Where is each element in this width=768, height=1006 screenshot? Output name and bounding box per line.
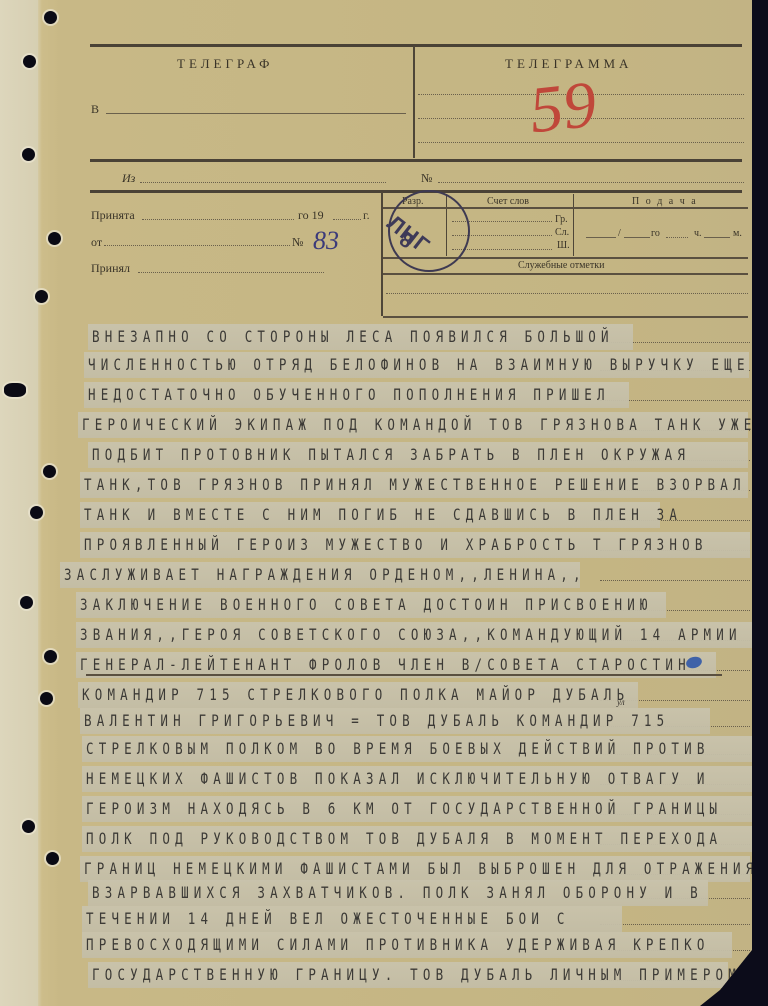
binder-hole [44,11,57,24]
binder-hole [44,650,57,663]
telegram-text-line: ПРЕВОСХОДЯЩИМИ СИЛАМИ ПРОТИВНИКА УДЕРЖИВ… [86,935,710,954]
binder-hole [20,596,33,609]
submission-go: го [651,228,660,239]
header-telegraph: ТЕЛЕГРАФ [177,56,273,72]
to-label: В [91,102,99,117]
handwritten-number: 83 [313,226,339,256]
telegram-text-line: ЗВАНИЯ,,ГЕРОЯ СОВЕТСКОГО СОЮЗА,,КОМАНДУЮ… [80,625,742,644]
received-by-label: Принял [91,261,130,276]
service-notes-line [386,293,748,294]
binder-hole [46,852,59,865]
telegram-text-line: ГЕРОИЧЕСКИЙ ЭКИПАЖ ПОД КОМАНДОЙ ТОВ ГРЯЗ… [82,415,756,434]
number-label: № [421,171,432,186]
submission-line [624,237,650,238]
submission-line [704,237,730,238]
binder-hole [48,232,61,245]
accepted-field-line [142,219,294,220]
body-dotted-line [600,580,750,581]
telegram-text-line: ЧИСЛЕННОСТЬЮ ОТРЯД БЕЛОФИНОВ НА ВЗАИМНУЮ… [88,355,750,374]
accepted-year-suffix: г. [363,208,370,223]
telegram-text-line: ГЕРОИЗМ НАХОДЯСЬ В 6 КМ ОТ ГОСУДАРСТВЕНН… [86,799,722,818]
section-separator [86,674,722,676]
from-short-field-line [104,245,290,246]
binder-hole [23,55,36,68]
accepted-label: Принята [91,208,135,223]
telegram-text-line: ПОДБИТ ПРОТОВНИК ПЫТАЛСЯ ЗАБРАТЬ В ПЛЕН … [92,445,690,464]
red-handwritten-number: 59 [526,67,600,149]
telegram-text-line: ВЗАРВАВШИХСЯ ЗАХВАТЧИКОВ. ПОЛК ЗАНЯЛ ОБО… [92,883,703,902]
telegram-text-line: ВНЕЗАПНО СО СТОРОНЫ ЛЕСА ПОЯВИЛСЯ БОЛЬШО… [92,327,614,346]
telegram-text-line: ПОЛК ПОД РУКОВОДСТВОМ ТОВ ДУБАЛЯ В МОМЕН… [86,829,722,848]
submission-label: П о д а ч а [632,196,698,207]
word-count-label: Счет слов [487,196,529,207]
from-label: Из [122,171,135,186]
telegram-text-line: ПРОЯВЛЕННЫЙ ГЕРОИЗ МУЖЕСТВО И ХРАБРОСТЬ … [84,535,708,554]
binder-hole [40,692,53,705]
telegram-text-line: ГОСУДАРСТВЕННУЮ ГРАНИЦУ. ТОВ ДУБАЛЬ ЛИЧН… [92,965,766,984]
form-divider [413,46,415,158]
telegram-text-line: НЕДОСТАТОЧНО ОБУЧЕННОГО ПОПОЛНЕНИЯ ПРИШЕ… [88,385,610,404]
no-label: № [292,235,303,250]
submission-hours: ч. [694,228,702,239]
from-short-label: от [91,235,102,250]
binder-hole [30,506,43,519]
telegram-text-line: ТЕЧЕНИИ 14 ДНЕЙ ВЕЛ ОЖЕСТОЧЕННЫЕ БОИ С [86,909,570,928]
telegram-text-line: ТАНК И ВМЕСТЕ С НИМ ПОГИБ НЕ СДАВШИСЬ В … [84,505,682,524]
number-field-line [438,182,744,183]
submission-line [586,237,616,238]
from-field-line [140,182,386,183]
word-row-sh: Ш. [557,240,570,251]
body-dotted-line [600,924,750,925]
binder-hole [43,465,56,478]
telegram-text-line: КОМАНДИР 715 СТРЕЛКОВОГО ПОЛКА МАЙОР ДУБ… [82,685,629,704]
form-divider [573,194,574,256]
telegram-text-line: ГРАНИЦ НЕМЕЦКИМИ ФАШИСТАМИ БЫЛ ВЫБРОШЕН … [84,859,758,878]
binder-hole [35,290,48,303]
telegram-sheet: ТЕЛЕГРАФ ТЕЛЕГРАММА В Из № Принята го 19… [0,0,752,1006]
year-field-line [333,219,361,220]
binder-hole [22,148,35,161]
form-divider [381,192,383,316]
form-rule [90,159,742,162]
accepted-year-prefix: го 19 [298,208,324,223]
telegram-text-line: НЕМЕЦКИХ ФАШИСТОВ ПОКАЗАЛ ИСКЛЮЧИТЕЛЬНУЮ… [86,769,710,788]
form-top-rule [90,44,742,47]
binder-hole [22,820,35,833]
word-count-line [452,249,552,250]
received-by-field-line [138,272,324,273]
to-field-line [106,113,406,114]
telegram-text-line: ТАНК,ТОВ ГРЯЗНОВ ПРИНЯЛ МУЖЕСТВЕННОЕ РЕШ… [84,475,746,494]
submission-slash: / [618,228,621,239]
word-row-words: Сл. [555,227,569,238]
service-notes-label: Служебные отметки [518,260,604,271]
pencil-note: ул [617,697,625,707]
telegram-text-line: СТРЕЛКОВЫМ ПОЛКОМ ВО ВРЕМЯ БОЕВЫХ ДЕЙСТВ… [86,739,710,758]
submission-minutes: м. [733,228,742,239]
binder-hole [4,383,26,397]
telegram-text-line: ЗАКЛЮЧЕНИЕ ВОЕННОГО СОВЕТА ДОСТОИН ПРИСВ… [80,595,653,614]
telegram-text-line: ЗАСЛУЖИВАЕТ НАГРАЖДЕНИЯ ОРДЕНОМ,,ЛЕНИНА,… [64,565,586,584]
submission-line [666,237,688,238]
word-row-groups: Гр. [555,214,568,225]
form-rule [383,273,748,275]
telegram-text-line: ВАЛЕНТИН ГРИГОРЬЕВИЧ = ТОВ ДУБАЛЬ КОМАНД… [84,711,669,730]
form-rule [383,316,748,318]
telegram-text-line: ГЕНЕРАЛ-ЛЕЙТЕНАНТ ФРОЛОВ ЧЛЕН В/СОВЕТА С… [80,655,691,674]
